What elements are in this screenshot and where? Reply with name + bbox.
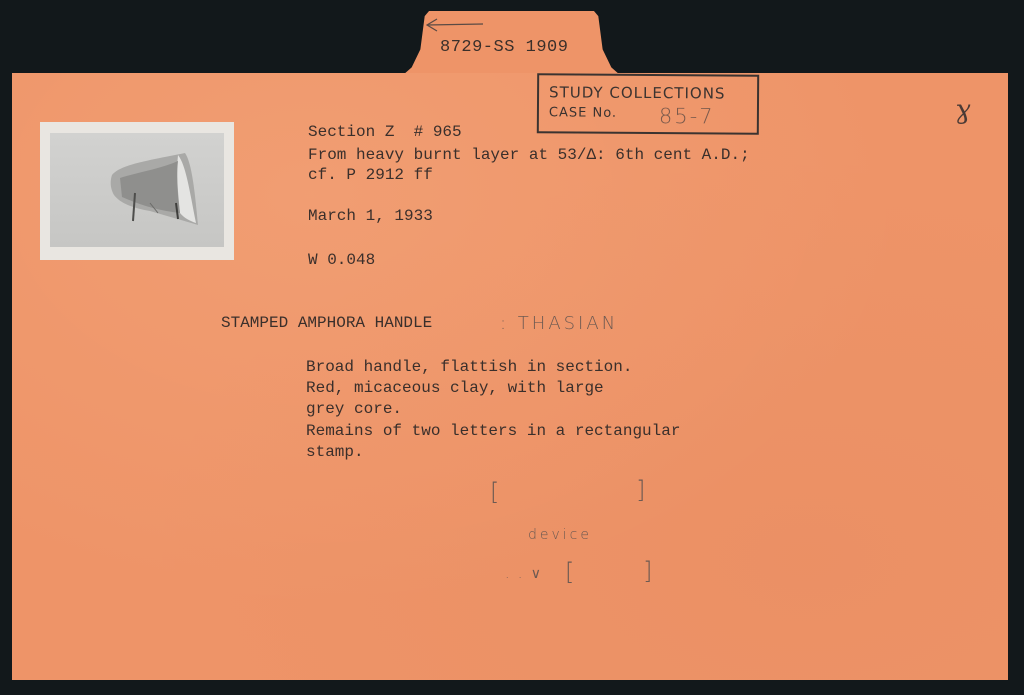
stamp-bracket-left: [ bbox=[490, 478, 499, 506]
stamp-title: STUDY COLLECTIONS bbox=[549, 83, 726, 102]
object-title: STAMPED AMPHORA HANDLE bbox=[221, 313, 432, 334]
description-line-1: Broad handle, flattish in section. bbox=[306, 357, 632, 378]
amphora-handle-image bbox=[50, 133, 224, 247]
artifact-photo bbox=[50, 133, 224, 247]
study-collections-stamp: STUDY COLLECTIONS CASE No. 85-7 bbox=[537, 73, 759, 135]
description-line-2: Red, micaceous clay, with large bbox=[306, 378, 604, 399]
section-number: Section Z # 965 bbox=[308, 122, 462, 143]
second-bracket-left: [ bbox=[565, 558, 574, 586]
record-date: March 1, 1933 bbox=[308, 206, 433, 227]
left-arrow-icon bbox=[425, 17, 485, 33]
provenance-line-2: cf. P 2912 ff bbox=[308, 165, 433, 186]
dimension-width: W 0.048 bbox=[308, 250, 375, 271]
object-title-annotation: : THASIAN bbox=[500, 313, 618, 334]
second-line-prefix: . . ∨ bbox=[505, 566, 543, 582]
catalog-number: 8729-SS 1909 bbox=[440, 38, 568, 57]
device-label: device bbox=[528, 527, 592, 543]
corner-handwritten-mark: ɣ bbox=[955, 95, 971, 125]
description-line-3: grey core. bbox=[306, 399, 402, 420]
stamp-case-number: 85-7 bbox=[659, 104, 715, 128]
stamp-case-label: CASE No. bbox=[549, 105, 617, 120]
description-line-5: stamp. bbox=[306, 442, 364, 463]
description-line-4: Remains of two letters in a rectangular bbox=[306, 421, 680, 442]
stamp-bracket-right: ] bbox=[636, 476, 645, 504]
second-bracket-right: ] bbox=[643, 557, 652, 585]
provenance-line-1: From heavy burnt layer at 53/Δ: 6th cent… bbox=[308, 145, 750, 166]
